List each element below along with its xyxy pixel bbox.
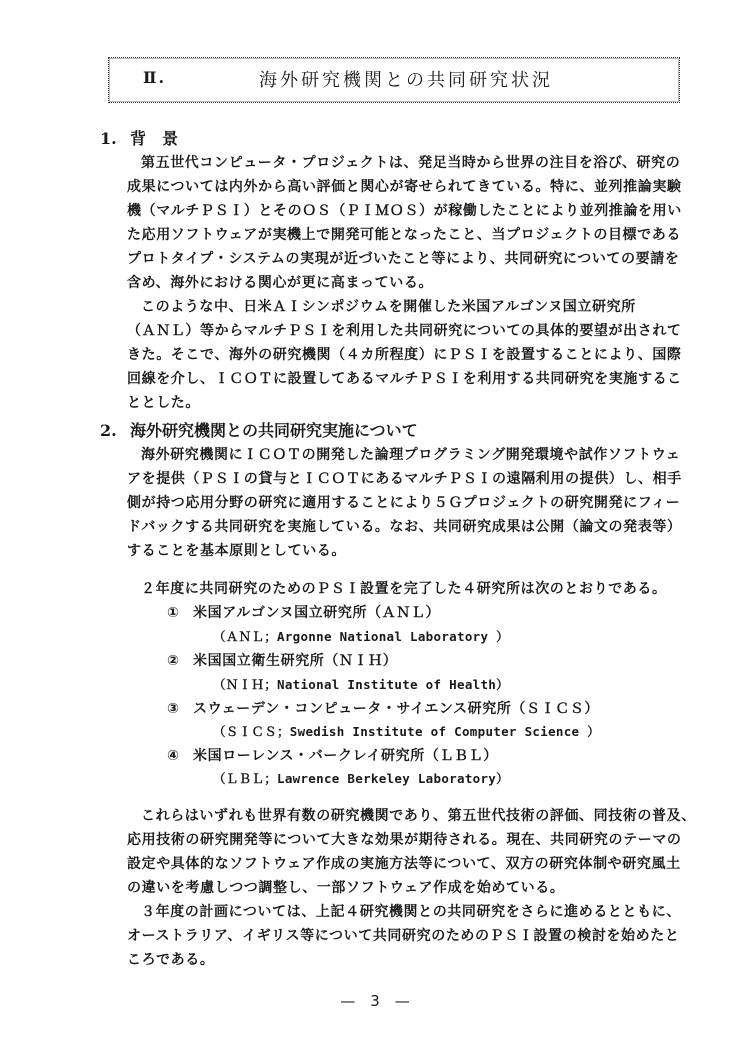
section-title-box: Ⅱ. 海外研究機関との共同研究状況 [108,57,680,103]
institute-english-name: （ＳＩＣＳ；Swedish Institute of Computer Scie… [213,722,600,740]
section-title: 海外研究機関との共同研究状況 [259,66,553,92]
institute-english-name: （ＮＩＨ；National Institute of Health） [213,675,509,693]
section-title-number: Ⅱ. [143,68,166,87]
section2-heading: 2.海外研究機関との共同研究実施について [100,418,418,441]
institute-english-name: （ＬＢＬ；Lawrence Berkeley Laboratory） [213,769,509,787]
institute-english-name: （ＡＮＬ；Argonne National Laboratory ） [213,627,509,645]
institute-item: ①米国アルゴンヌ国立研究所（ＡＮＬ） [167,602,440,622]
page-number: — 3 — [0,990,750,1011]
institute-list-intro: ２年度に共同研究のためのＰＳＩ設置を完了した４研究所は次のとおりである。 [141,578,667,598]
institute-item: ②米国国立衛生研究所（ＮＩＨ） [167,650,397,670]
institute-item: ④米国ローレンス・バークレイ研究所（ＬＢＬ） [167,745,498,765]
institute-item: ③スウェーデン・コンピュータ・サイエンス研究所（ＳＩＣＳ） [167,698,599,718]
section1-heading: 1.背 景 [100,126,178,149]
